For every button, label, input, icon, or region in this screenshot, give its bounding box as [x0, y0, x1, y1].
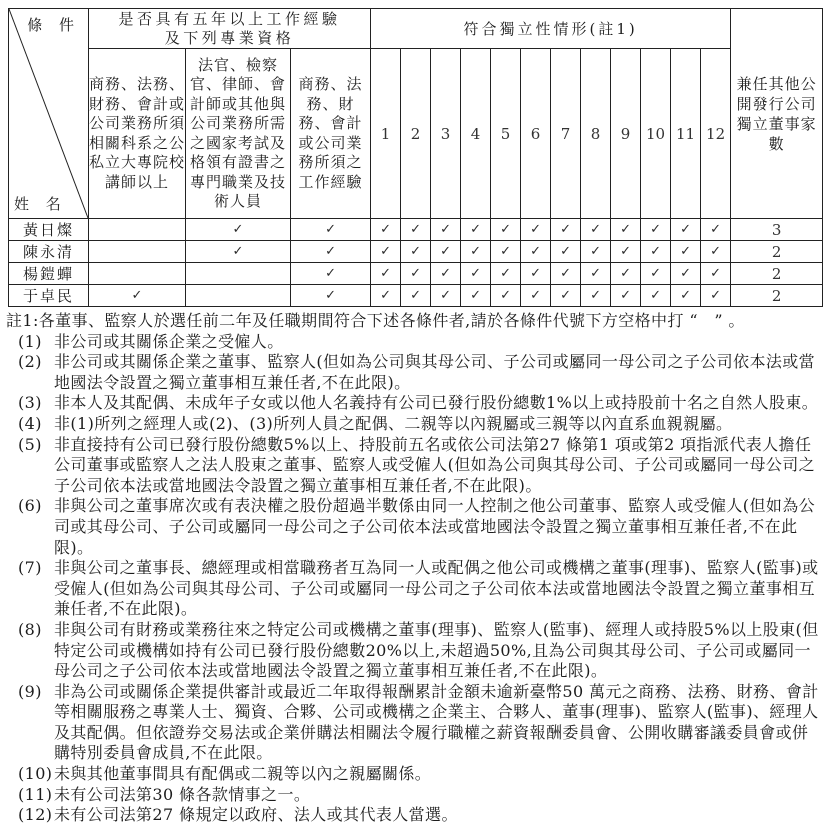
note-number: (1)	[18, 332, 42, 353]
qual-check: ✓	[291, 263, 371, 285]
indep-check: ✓	[611, 219, 641, 241]
diagonal-line	[9, 9, 88, 218]
indep-check: ✓	[581, 263, 611, 285]
director-name: 黃日燦	[9, 219, 89, 241]
indep-check: ✓	[701, 263, 731, 285]
independence-col-header-7: 7	[551, 49, 581, 219]
indep-check: ✓	[641, 241, 671, 263]
note-number: (6)	[18, 496, 42, 517]
note-item-10: (10)未與其他董事間具有配偶或二親等以內之親屬關係。	[6, 764, 824, 785]
concurrent-directorships-header: 兼任其他公開發行公司獨立董事家數	[731, 9, 823, 219]
indep-check: ✓	[671, 285, 701, 307]
note-text: 非公司或其關係企業之董事、監察人(但如為公司與其母公司、子公司或屬同一母公司之子…	[54, 352, 815, 392]
indep-check: ✓	[371, 219, 401, 241]
independence-group-header: 符合獨立性情形(註1)	[371, 9, 731, 49]
note-number: (2)	[18, 352, 42, 373]
table-row-chen-yung-ching: 陳永清 ✓ ✓ ✓ ✓ ✓ ✓ ✓ ✓ ✓ ✓ ✓ ✓ ✓ ✓ 2	[9, 241, 823, 263]
qual-check	[186, 285, 291, 307]
note-item-7: (7)非與公司之董事長、總經理或相當職務者互為同一人或配偶之他公司或機構之董事(…	[6, 558, 824, 620]
note-number: (12)	[18, 805, 52, 826]
indep-check: ✓	[401, 219, 431, 241]
independence-col-header-10: 10	[641, 49, 671, 219]
indep-check: ✓	[611, 285, 641, 307]
note-item-11: (11)未有公司法第30 條各款情事之一。	[6, 785, 824, 806]
qual-check: ✓	[89, 285, 186, 307]
independence-col-header-1: 1	[371, 49, 401, 219]
note-item-6: (6)非與公司之董事席次或有表決權之股份超過半數係由同一人控制之他公司董事、監察…	[6, 496, 824, 558]
indep-check: ✓	[461, 241, 491, 263]
indep-check: ✓	[641, 219, 671, 241]
indep-check: ✓	[551, 241, 581, 263]
note-text: 未有公司法第30 條各款情事之一。	[54, 785, 310, 804]
indep-check: ✓	[671, 219, 701, 241]
qual-check	[186, 263, 291, 285]
indep-check: ✓	[641, 285, 671, 307]
note-text: 非與公司有財務或業務往來之特定公司或機構之董事(理事)、監察人(監事)、經理人或…	[54, 620, 819, 680]
indep-check: ✓	[701, 285, 731, 307]
indep-check: ✓	[551, 285, 581, 307]
note-item-1: (1)非公司或其關係企業之受僱人。	[6, 332, 824, 353]
independence-col-header-9: 9	[611, 49, 641, 219]
independence-col-header-4: 4	[461, 49, 491, 219]
note-item-12: (12)未有公司法第27 條規定以政府、法人或其代表人當選。	[6, 805, 824, 826]
table-row-yang-kai-chan: 楊鎧蟬 ✓ ✓ ✓ ✓ ✓ ✓ ✓ ✓ ✓ ✓ ✓ ✓ ✓ 2	[9, 263, 823, 285]
indep-check: ✓	[491, 219, 521, 241]
indep-check: ✓	[581, 219, 611, 241]
note-text: 未與其他董事間具有配偶或二親等以內之親屬關係。	[54, 764, 431, 783]
qual-check: ✓	[291, 219, 371, 241]
independence-col-header-6: 6	[521, 49, 551, 219]
indep-check: ✓	[641, 263, 671, 285]
indep-check: ✓	[371, 285, 401, 307]
director-independence-table: 條 件 姓 名 是否具有五年以上工作經驗 及下列專業資格 符合獨立性情形(註1)…	[8, 8, 823, 307]
indep-check: ✓	[431, 241, 461, 263]
indep-check: ✓	[491, 263, 521, 285]
concurrent-count: 3	[731, 219, 823, 241]
note-number: (8)	[18, 620, 42, 641]
indep-check: ✓	[671, 263, 701, 285]
indep-check: ✓	[671, 241, 701, 263]
note-text: 非(1)所列之經理人或(2)、(3)所列人員之配偶、二親等以內親屬或三親等以內直…	[54, 414, 732, 433]
note-item-8: (8)非與公司有財務或業務往來之特定公司或機構之董事(理事)、監察人(監事)、經…	[6, 620, 824, 682]
indep-check: ✓	[701, 219, 731, 241]
note-number: (9)	[18, 682, 42, 703]
qual-check	[89, 263, 186, 285]
qualification-col-1-header: 商務、法務、財務、會計或公司業務所須相關科系之公私立大專院校講師以上	[89, 49, 186, 219]
concurrent-count: 2	[731, 285, 823, 307]
indep-check: ✓	[431, 263, 461, 285]
indep-check: ✓	[521, 285, 551, 307]
note-item-2: (2)非公司或其關係企業之董事、監察人(但如為公司與其母公司、子公司或屬同一母公…	[6, 352, 824, 393]
qual-check: ✓	[186, 241, 291, 263]
note-item-5: (5)非直接持有公司已發行股份總數5%以上、持股前五名或依公司法第27 條第1 …	[6, 435, 824, 497]
indep-check: ✓	[461, 285, 491, 307]
note-text: 非直接持有公司已發行股份總數5%以上、持股前五名或依公司法第27 條第1 項或第…	[54, 435, 815, 495]
indep-check: ✓	[491, 241, 521, 263]
indep-check: ✓	[581, 241, 611, 263]
independence-col-header-5: 5	[491, 49, 521, 219]
qualification-col-2-header: 法官、檢察官、律師、會計師或其他與公司業務所需之國家考試及格領有證書之專門職業及…	[186, 49, 291, 219]
note-text: 未有公司法第27 條規定以政府、法人或其代表人當選。	[54, 805, 458, 824]
director-name: 于卓民	[9, 285, 89, 307]
table-row-huang-jih-tsan: 黃日燦 ✓ ✓ ✓ ✓ ✓ ✓ ✓ ✓ ✓ ✓ ✓ ✓ ✓ ✓ 3	[9, 219, 823, 241]
independence-col-header-8: 8	[581, 49, 611, 219]
note-text: 非與公司之董事長、總經理或相當職務者互為同一人或配偶之他公司或機構之董事(理事)…	[54, 558, 819, 618]
corner-label-condition: 條 件	[27, 14, 80, 35]
note-number: (5)	[18, 435, 42, 456]
qual-check	[89, 219, 186, 241]
note-intro: 註1:各董事、監察人於選任前二年及任職期間符合下述各條件者,請於各條件代號下方空…	[6, 311, 824, 332]
note-item-9: (9)非為公司或關係企業提供審計或最近二年取得報酬累計金額未逾新臺幣50 萬元之…	[6, 682, 824, 764]
director-name: 陳永清	[9, 241, 89, 263]
indep-check: ✓	[551, 219, 581, 241]
indep-check: ✓	[431, 285, 461, 307]
indep-check: ✓	[581, 285, 611, 307]
note-number: (11)	[18, 785, 52, 806]
indep-check: ✓	[551, 263, 581, 285]
independence-col-header-11: 11	[671, 49, 701, 219]
qual-check: ✓	[291, 241, 371, 263]
note-number: (10)	[18, 764, 52, 785]
footnotes-section: 註1:各董事、監察人於選任前二年及任職期間符合下述各條件者,請於各條件代號下方空…	[6, 311, 824, 826]
indep-check: ✓	[401, 285, 431, 307]
corner-header-cell: 條 件 姓 名	[9, 9, 89, 219]
note-text: 非為公司或關係企業提供審計或最近二年取得報酬累計金額未逾新臺幣50 萬元之商務、…	[54, 682, 819, 763]
indep-check: ✓	[701, 241, 731, 263]
note-text: 非與公司之董事席次或有表決權之股份超過半數係由同一人控制之他公司董事、監察人或受…	[54, 496, 815, 556]
indep-check: ✓	[371, 263, 401, 285]
qual-check: ✓	[186, 219, 291, 241]
qualification-col-3-header: 商務、法務、財務、會計或公司業務所須之工作經驗	[291, 49, 371, 219]
note-text: 非本人及其配偶、未成年子女或以他人名義持有公司已發行股份總數1%以上或持股前十名…	[54, 393, 818, 412]
indep-check: ✓	[431, 219, 461, 241]
indep-check: ✓	[461, 263, 491, 285]
indep-check: ✓	[521, 241, 551, 263]
indep-check: ✓	[401, 241, 431, 263]
qual-check: ✓	[291, 285, 371, 307]
corner-label-name: 姓 名	[14, 193, 67, 214]
note-number: (4)	[18, 414, 42, 435]
qual-check	[89, 241, 186, 263]
indep-check: ✓	[521, 263, 551, 285]
indep-check: ✓	[521, 219, 551, 241]
indep-check: ✓	[611, 241, 641, 263]
independence-col-header-2: 2	[401, 49, 431, 219]
director-name: 楊鎧蟬	[9, 263, 89, 285]
concurrent-count: 2	[731, 241, 823, 263]
qualification-group-header: 是否具有五年以上工作經驗 及下列專業資格	[89, 9, 371, 49]
concurrent-count: 2	[731, 263, 823, 285]
indep-check: ✓	[401, 263, 431, 285]
note-text: 非公司或其關係企業之受僱人。	[54, 332, 284, 351]
indep-check: ✓	[491, 285, 521, 307]
table-row-yu-chwo-ming: 于卓民 ✓ ✓ ✓ ✓ ✓ ✓ ✓ ✓ ✓ ✓ ✓ ✓ ✓ ✓ 2	[9, 285, 823, 307]
note-number: (7)	[18, 558, 42, 579]
note-number: (3)	[18, 393, 42, 414]
note-item-4: (4)非(1)所列之經理人或(2)、(3)所列人員之配偶、二親等以內親屬或三親等…	[6, 414, 824, 435]
indep-check: ✓	[611, 263, 641, 285]
note-item-3: (3)非本人及其配偶、未成年子女或以他人名義持有公司已發行股份總數1%以上或持股…	[6, 393, 824, 414]
independence-col-header-3: 3	[431, 49, 461, 219]
indep-check: ✓	[371, 241, 401, 263]
indep-check: ✓	[461, 219, 491, 241]
independence-table-section: 條 件 姓 名 是否具有五年以上工作經驗 及下列專業資格 符合獨立性情形(註1)…	[8, 8, 823, 307]
independence-col-header-12: 12	[701, 49, 731, 219]
